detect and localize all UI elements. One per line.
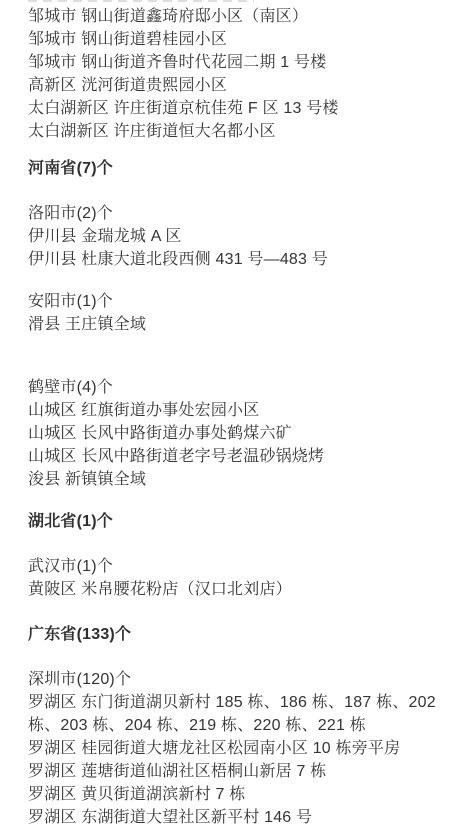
spacer: [28, 180, 456, 202]
list-line: 太白湖新区 许庄街道京杭佳苑 F 区 13 号楼: [28, 97, 456, 120]
spacer: [28, 491, 456, 510]
list-line: 山城区 红旗街道办事处宏园小区: [28, 399, 456, 422]
list-line: 罗湖区 东湖街道大望社区新平村 146 号: [28, 806, 456, 824]
list-line: 山城区 长风中路街道办事处鹤煤六矿: [28, 422, 456, 445]
list-line: 鹤壁市(4)个: [28, 376, 456, 399]
province-heading: 湖北省(1)个: [28, 510, 456, 533]
article-page: 邹城市 钢山街道鑫琦府邸小区（南区）邹城市 钢山街道碧桂园小区邹城市 钢山街道齐…: [0, 0, 472, 824]
list-line: 深圳市(120)个: [28, 668, 456, 691]
list-line: 伊川县 金瑞龙城 A 区: [28, 225, 456, 248]
list-line: 邹城市 钢山街道鑫琦府邸小区（南区）: [28, 5, 456, 28]
list-line: 滑县 王庄镇全域: [28, 313, 456, 336]
list-line: 太白湖新区 许庄街道恒大名都小区: [28, 120, 456, 143]
list-line: 浚县 新镇镇全域: [28, 468, 456, 491]
province-heading: 河南省(7)个: [28, 157, 456, 180]
clipped-text-remnant: [28, 0, 254, 2]
spacer: [28, 533, 456, 555]
list-line: 邹城市 钢山街道碧桂园小区: [28, 28, 456, 51]
list-line: 洛阳市(2)个: [28, 202, 456, 225]
list-line: 罗湖区 东门街道湖贝新村 185 栋、186 栋、187 栋、202 栋、203…: [28, 691, 456, 737]
spacer: [28, 646, 456, 668]
list-line: 伊川县 杜康大道北段西侧 431 号—483 号: [28, 248, 456, 271]
list-line: 安阳市(1)个: [28, 290, 456, 313]
list-line: 邹城市 钢山街道齐鲁时代花园二期 1 号楼: [28, 51, 456, 74]
list-line: 武汉市(1)个: [28, 555, 456, 578]
list-line: 罗湖区 莲塘街道仙湖社区梧桐山新居 7 栋: [28, 760, 456, 783]
spacer: [28, 336, 456, 376]
list-line: 山城区 长风中路街道老字号老温砂锅烧烤: [28, 445, 456, 468]
list-line: 罗湖区 黄贝街道湖滨新村 7 栋: [28, 783, 456, 806]
list-line: 黄陂区 米帛腰花粉店（汉口北刘店）: [28, 578, 456, 601]
province-heading: 广东省(133)个: [28, 623, 456, 646]
risk-area-list: 邹城市 钢山街道鑫琦府邸小区（南区）邹城市 钢山街道碧桂园小区邹城市 钢山街道齐…: [0, 0, 472, 824]
list-line: 高新区 洸河街道贵熙园小区: [28, 74, 456, 97]
spacer: [28, 143, 456, 157]
spacer: [28, 271, 456, 290]
list-line: 罗湖区 桂园街道大塘龙社区松园南小区 10 栋旁平房: [28, 737, 456, 760]
spacer: [28, 601, 456, 623]
